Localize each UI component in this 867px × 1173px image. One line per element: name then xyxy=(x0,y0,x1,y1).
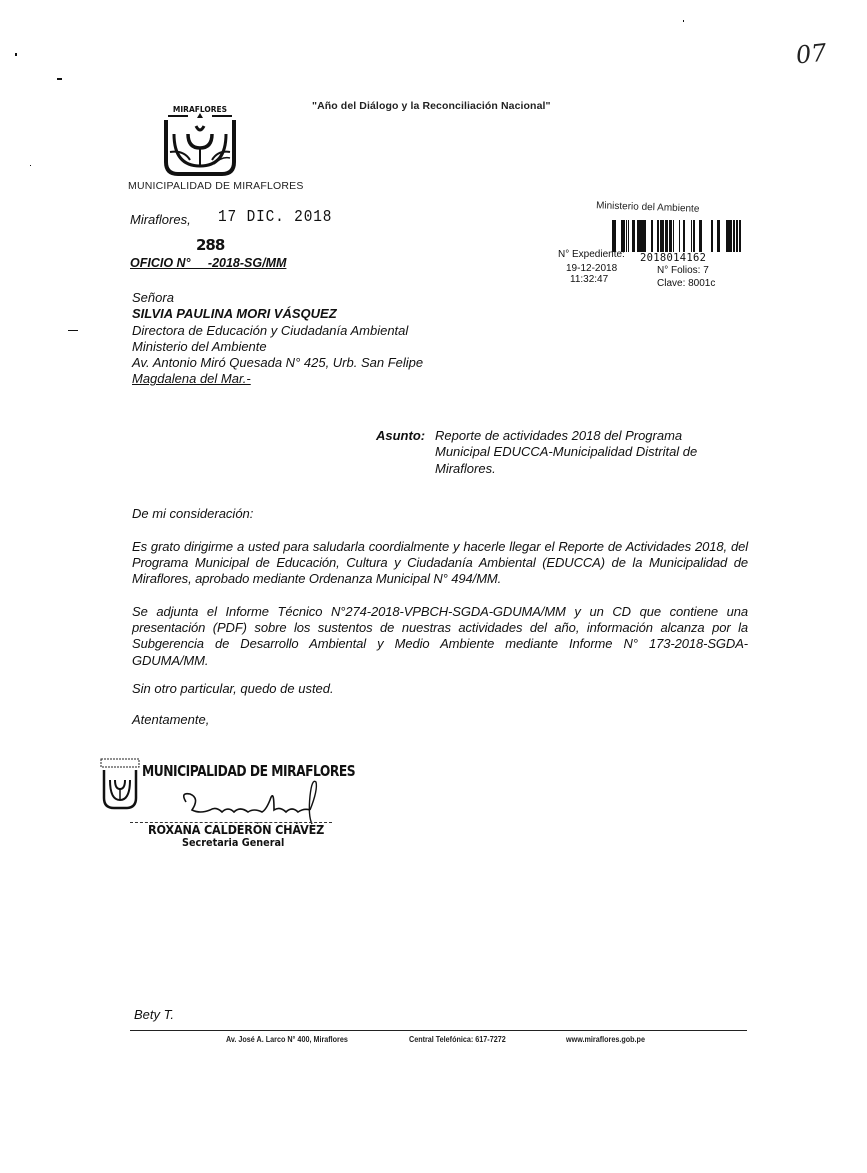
stamp-folios: N° Folios: 7 xyxy=(657,265,709,276)
typist-initials: Bety T. xyxy=(134,1007,174,1022)
body-paragraph-1: Es grato dirigirme a usted para saludarl… xyxy=(132,539,748,588)
addressee-name: SILVIA PAULINA MORI VÁSQUEZ xyxy=(132,306,423,322)
closing-line: Sin otro particular, quedo de usted. xyxy=(132,681,334,696)
year-motto: "Año del Diálogo y la Reconciliación Nac… xyxy=(312,100,551,112)
addressee-salutation: Señora xyxy=(132,290,423,306)
addressee-district: Magdalena del Mar.- xyxy=(132,371,423,387)
oficio-reference: OFICIO N° -2018-SG/MM xyxy=(130,256,286,270)
barcode-icon xyxy=(612,220,742,252)
date-stamp: 17 DIC. 2018 xyxy=(218,208,332,227)
scan-speck xyxy=(15,53,17,56)
signature-institution: MUNICIPALIDAD DE MIRAFLORES xyxy=(142,762,355,780)
scan-speck xyxy=(68,330,78,331)
stamp-clave: Clave: 8001c xyxy=(657,278,715,289)
addressee-position: Directora de Educación y Ciudadanía Ambi… xyxy=(132,323,423,339)
municipal-seal-icon xyxy=(100,758,140,810)
body-paragraph-2: Se adjunta el Informe Técnico N°274-2018… xyxy=(132,604,748,669)
miraflores-logo-icon: MIRAFLORES xyxy=(160,104,240,176)
signatory-name: ROXANA CALDERÓN CHÁVEZ xyxy=(148,822,324,837)
stamp-organization: Ministerio del Ambiente xyxy=(596,200,700,215)
subject-text: Reporte de actividades 2018 del Programa… xyxy=(435,428,735,477)
greeting: De mi consideración: xyxy=(132,506,253,521)
scan-speck xyxy=(30,165,31,166)
stamp-expediente-label: N° Expediente: xyxy=(558,249,625,260)
footer-phone: Central Telefónica: 617-7272 xyxy=(409,1035,506,1044)
oficio-number-handwritten: 288 xyxy=(196,236,224,254)
footer-address: Av. José A. Larco N° 400, Miraflores xyxy=(226,1035,348,1044)
svg-text:MIRAFLORES: MIRAFLORES xyxy=(173,105,227,114)
folio-number-handwritten: 07 xyxy=(795,38,828,69)
logo-caption: MUNICIPALIDAD DE MIRAFLORES xyxy=(128,180,304,192)
addressee-institution: Ministerio del Ambiente xyxy=(132,339,423,355)
city: Miraflores, xyxy=(130,212,191,228)
subject-label: Asunto: xyxy=(376,428,425,443)
addressee-block: Señora SILVIA PAULINA MORI VÁSQUEZ Direc… xyxy=(132,290,423,388)
stamp-expediente-value: 2018014162 xyxy=(640,252,706,264)
closing-salutation: Atentamente, xyxy=(132,712,209,727)
addressee-address: Av. Antonio Miró Quesada N° 425, Urb. Sa… xyxy=(132,355,423,371)
scan-speck xyxy=(683,20,684,22)
footer-website: www.miraflores.gob.pe xyxy=(566,1035,645,1044)
footer-divider xyxy=(130,1030,747,1031)
signatory-title: Secretaria General xyxy=(182,836,284,849)
scan-speck xyxy=(57,78,62,80)
stamp-time: 11:32:47 xyxy=(570,274,608,285)
stamp-date: 19-12-2018 xyxy=(566,263,617,274)
